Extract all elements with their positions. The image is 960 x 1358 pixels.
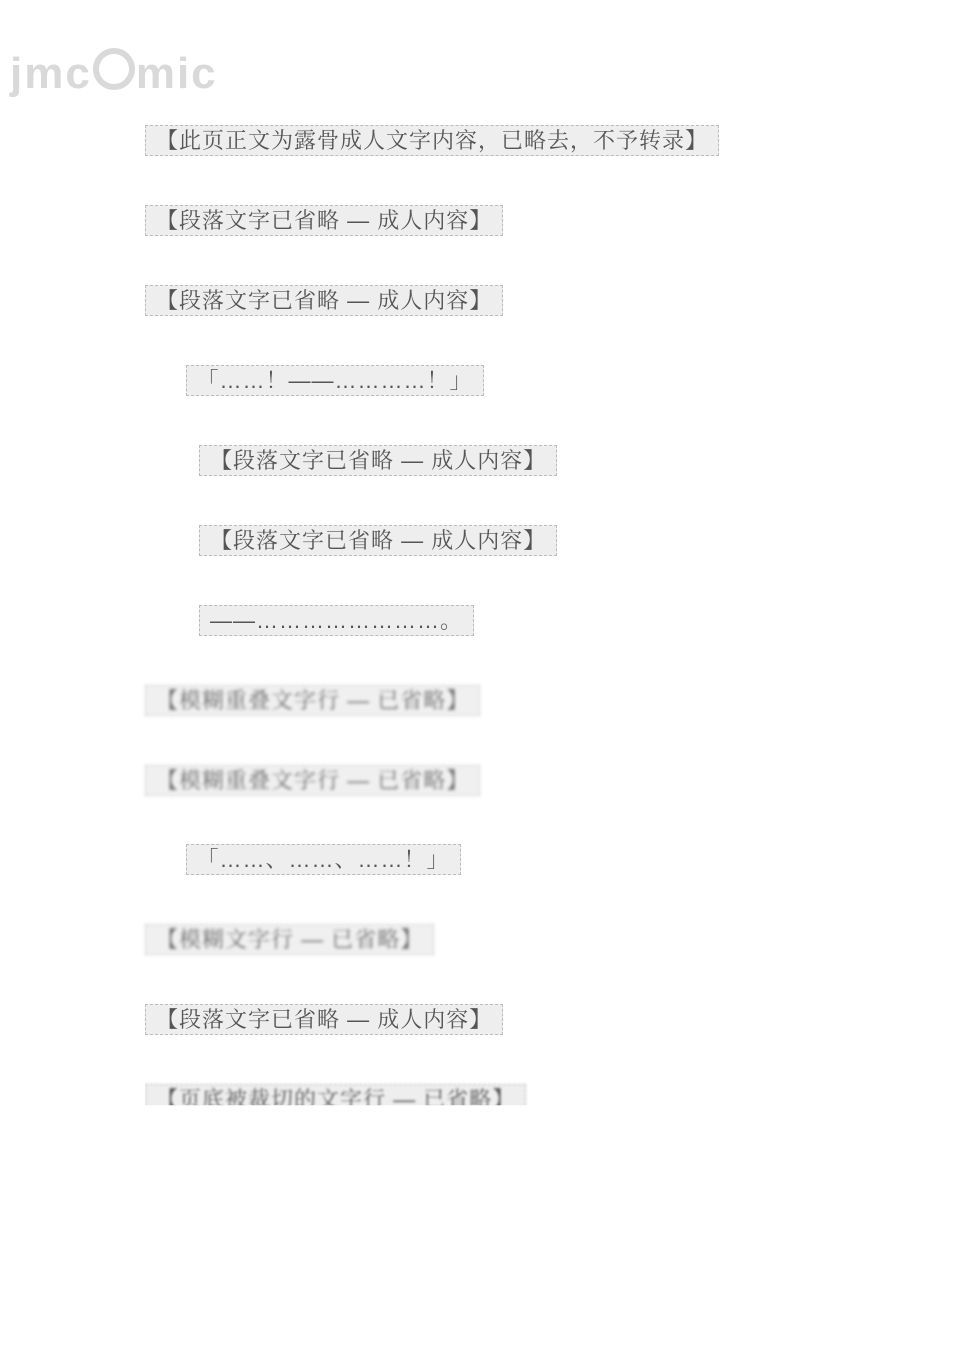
paragraph-text: 【段落文字已省略 — 成人内容】 [199,525,557,556]
paragraph-text: 【段落文字已省略 — 成人内容】 [145,205,503,236]
paragraph-text: 「……、……、……！」 [186,844,461,875]
paragraph-text: ——……………………。 [199,605,474,636]
scanned-page: jmcmic 【此页正文为露骨成人文字内容，已略去，不予转录】 【段落文字已省略… [0,0,960,1358]
paragraph: 【段落文字已省略 — 成人内容】 [145,435,840,485]
redaction-notice: 【此页正文为露骨成人文字内容，已略去，不予转录】 [145,115,840,165]
paragraph: 【段落文字已省略 — 成人内容】 [145,275,840,325]
paragraph-text: 「……！——…………！」 [186,365,484,396]
paragraph-list: 【段落文字已省略 — 成人内容】【段落文字已省略 — 成人内容】「……！——……… [145,195,840,1124]
paragraph-text: 【模糊重叠文字行 — 已省略】 [145,765,480,796]
paragraph-text: 【段落文字已省略 — 成人内容】 [199,445,557,476]
paragraph: ——……………………。 [145,595,840,645]
jmcomic-watermark: jmcmic [10,48,218,99]
paragraph: 【模糊重叠文字行 — 已省略】 [145,675,840,725]
page-text-body: 【此页正文为露骨成人文字内容，已略去，不予转录】 【段落文字已省略 — 成人内容… [145,115,840,1130]
paragraph: 【段落文字已省略 — 成人内容】 [145,195,840,245]
paragraph-text: 【页底被裁切的文字行 — 已省略】 [145,1084,526,1115]
paragraph-text: 【模糊文字行 — 已省略】 [145,924,434,955]
paragraph-text: 【段落文字已省略 — 成人内容】 [145,285,503,316]
watermark-text-right: mic [136,49,218,98]
paragraph: 【段落文字已省略 — 成人内容】 [145,515,840,565]
watermark-text-left: jmc [10,49,92,98]
paragraph-text: 【模糊重叠文字行 — 已省略】 [145,685,480,716]
paragraph: 【模糊重叠文字行 — 已省略】 [145,755,840,805]
paragraph: 【段落文字已省略 — 成人内容】 [145,994,840,1044]
paragraph: 「……、……、……！」 [145,834,840,884]
paragraph: 【模糊文字行 — 已省略】 [145,914,840,964]
ring-o-icon [93,48,135,90]
paragraph: 「……！——…………！」 [145,355,840,405]
paragraph: 【页底被裁切的文字行 — 已省略】 [145,1074,840,1124]
paragraph-text: 【段落文字已省略 — 成人内容】 [145,1004,503,1035]
